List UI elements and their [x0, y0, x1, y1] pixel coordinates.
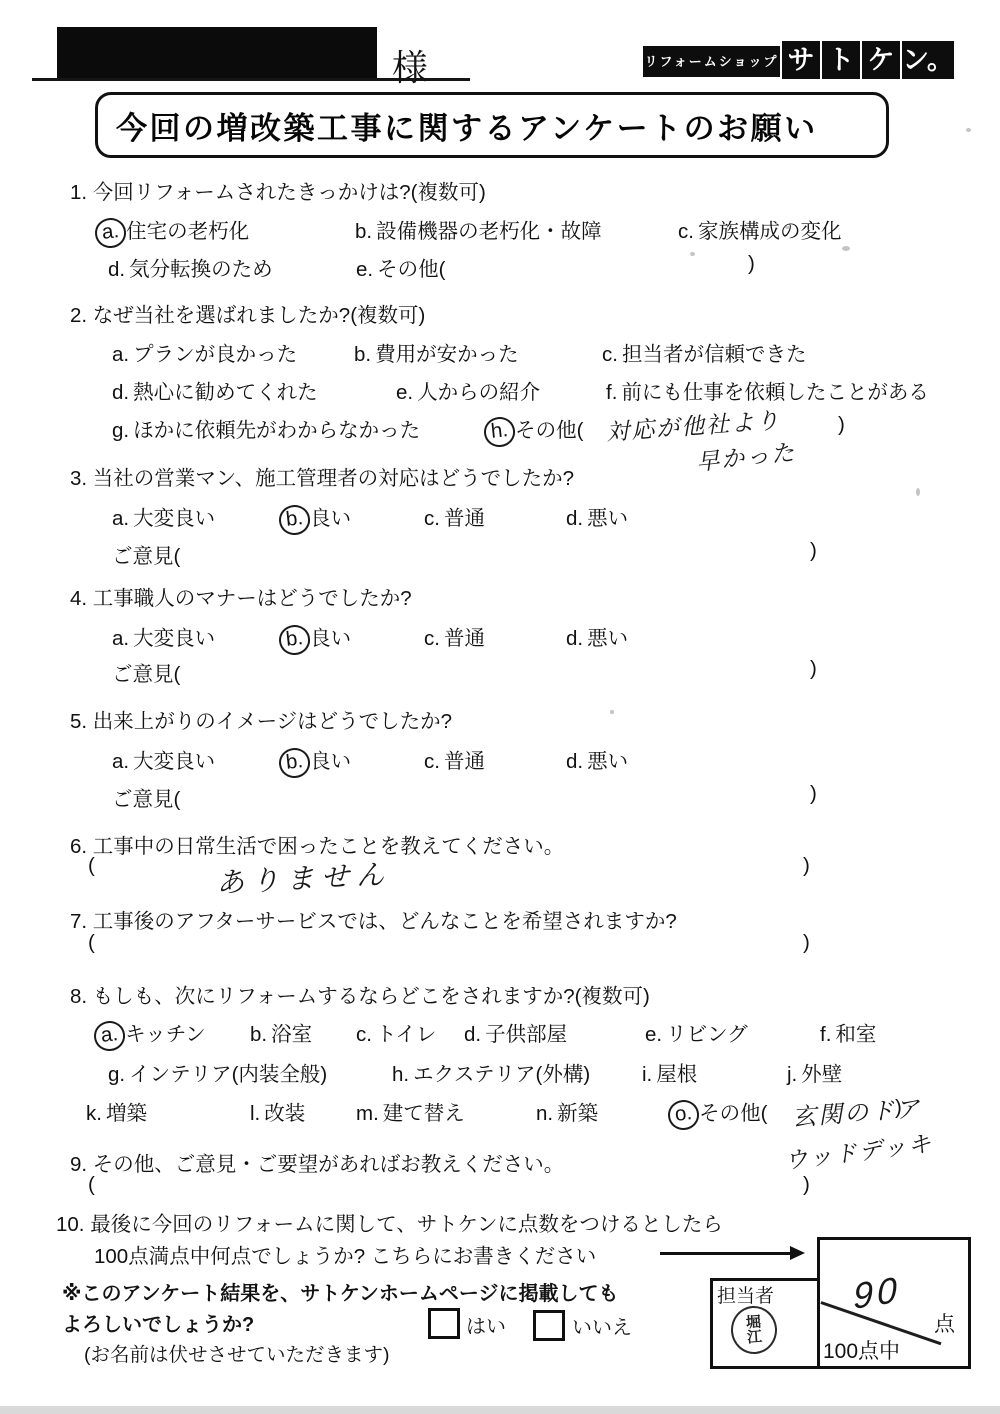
option-label: その他( [515, 419, 583, 442]
option-q1-b: b.設備機器の老朽化・故障 [355, 214, 602, 244]
option-label: 屋根 [656, 1063, 697, 1086]
option-letter: h. [392, 1063, 409, 1087]
option-label: トイレ [376, 1023, 436, 1046]
scan-speck [916, 488, 920, 496]
handwritten-circle-q3-b: b. [278, 503, 312, 536]
option-label: 建て替え [383, 1102, 465, 1125]
handwritten-circle-q8-a: a. [93, 1019, 127, 1052]
option-q8-b: b.浴室 [250, 1017, 312, 1047]
q2-options-row-1: a.プランが良かった b.費用が安かった c.担当者が信頼できた [0, 337, 1000, 367]
option-label: 良い [310, 627, 351, 650]
comment-field-q3: ご意見( [112, 539, 180, 569]
q3-comment-row: ご意見( ) [0, 539, 1000, 569]
option-letter: c. [424, 750, 440, 774]
q4-comment-row: ご意見( ) [0, 657, 1000, 687]
paren-open-q6: ( [88, 854, 95, 878]
option-label: 悪い [587, 750, 628, 773]
option-letter: a. [112, 627, 129, 651]
option-letter: a. [112, 750, 129, 774]
question-2-heading: 2. なぜ当社を選ばれましたか?(複数可) [70, 298, 425, 328]
option-q2-h: h.その他( [492, 413, 583, 447]
option-label: 増築 [106, 1102, 147, 1125]
q1-options-row-1: a.住宅の老朽化 b.設備機器の老朽化・故障 c.家族構成の変化 [0, 214, 1000, 244]
score-value-handwritten: 90 [853, 1268, 901, 1318]
scanned-survey-page: 様 リフォームショップ サ ト ケ ン。 今回の増改築工事に関するアンケートのお… [0, 0, 1000, 1414]
addressee-suffix: 様 [392, 40, 428, 91]
checkbox-yes [428, 1308, 460, 1339]
option-q5-a: a.大変良い [112, 744, 215, 774]
option-letter: c. [678, 220, 694, 244]
option-label: 良い [310, 507, 351, 530]
logo-brand-char: ケ [862, 41, 900, 79]
option-q5-b: b.良い [287, 744, 351, 778]
option-label: 担当者が信頼できた [622, 343, 807, 366]
option-letter: d. [566, 507, 583, 531]
name-underline [32, 78, 470, 81]
option-letter: d. [108, 258, 125, 282]
option-label: その他( [377, 258, 445, 281]
q2-options-row-2: d.熱心に勧めてくれた e.人からの紹介 f.前にも仕事を依頼したことがある [0, 375, 1000, 405]
option-q8-f: f.和室 [820, 1017, 876, 1047]
option-label: 普通 [444, 750, 485, 773]
option-letter: d. [464, 1023, 481, 1047]
option-q8-k: k.増築 [86, 1096, 147, 1126]
option-label: その他( [699, 1102, 767, 1125]
option-q3-d: d.悪い [566, 501, 628, 531]
option-letter: g. [112, 419, 129, 443]
option-q2-a: a.プランが良かった [112, 337, 297, 367]
option-q8-e: e.リビング [645, 1017, 748, 1047]
option-label: 人からの紹介 [417, 381, 540, 404]
scan-speck [690, 252, 695, 256]
option-q2-e: e.人からの紹介 [396, 375, 540, 405]
option-q8-l: l.改装 [250, 1096, 305, 1126]
option-label: プランが良かった [133, 343, 297, 366]
logo-brand-char: ト [822, 41, 860, 79]
redacted-customer-name [57, 27, 377, 80]
comment-field-q5: ご意見( [112, 782, 180, 812]
option-letter: f. [820, 1023, 831, 1047]
option-q4-b: b.良い [287, 621, 351, 655]
question-10-heading-line1: 10. 最後に今回のリフォームに関して、サトケンに点数をつけるとしたら [56, 1207, 723, 1237]
scan-speck [610, 710, 614, 714]
q3-options-row: a.大変良い b.良い c.普通 d.悪い [0, 501, 1000, 531]
question-3-heading: 3. 当社の営業マン、施工管理者の対応はどうでしたか? [70, 461, 574, 491]
q5-comment-row: ご意見( ) [0, 782, 1000, 812]
option-label: 新築 [557, 1102, 598, 1125]
option-label: 大変良い [133, 750, 215, 773]
score-outof-label: 100点中 [823, 1335, 900, 1365]
option-letter: c. [424, 507, 440, 531]
checkbox-no-label: いいえ [572, 1311, 632, 1340]
option-q8-o: o.その他( [676, 1096, 767, 1130]
paren-close-q6: ) [803, 854, 810, 878]
checkbox-no [533, 1310, 565, 1341]
option-q1-d: d.気分転換のため [108, 252, 273, 282]
option-letter: e. [396, 381, 413, 405]
option-label: 気分転換のため [129, 258, 273, 281]
option-letter: d. [566, 627, 583, 651]
logo-brand-block: サ ト ケ ン。 [782, 41, 954, 79]
option-letter: b. [250, 1023, 267, 1047]
q5-options-row: a.大変良い b.良い c.普通 d.悪い [0, 744, 1000, 774]
option-label: 家族構成の変化 [698, 220, 842, 243]
option-letter: e. [645, 1023, 662, 1047]
option-label: リビング [666, 1023, 748, 1046]
option-label: インテリア(内装全般) [129, 1063, 327, 1086]
option-q3-a: a.大変良い [112, 501, 215, 531]
option-letter: a. [112, 507, 129, 531]
anonymity-note: (お名前は伏せさせていただきます) [84, 1339, 390, 1367]
option-label: キッチン [125, 1023, 206, 1046]
comment-close-paren: ) [810, 782, 817, 806]
logo-brand-char: サ [782, 41, 820, 79]
handwritten-circle-q2-h: h. [483, 415, 517, 448]
option-q2-f: f.前にも仕事を依頼したことがある [606, 375, 929, 405]
option-label: 和室 [835, 1023, 876, 1046]
option-letter: c. [602, 343, 618, 367]
paren-open-q9: ( [88, 1173, 95, 1197]
option-q2-g: g.ほかに依頼先がわからなかった [112, 413, 420, 443]
scan-speck [785, 226, 791, 229]
option-letter: d. [112, 381, 129, 405]
option-label: 子供部屋 [485, 1023, 567, 1046]
scan-edge-shadow [0, 1406, 1000, 1414]
option-q3-c: c.普通 [424, 501, 485, 531]
paren-open-q7: ( [88, 931, 95, 955]
score-arrow-line [660, 1252, 792, 1255]
option-label: 住宅の老朽化 [126, 220, 249, 243]
q9-answer-row: ( ) [0, 1173, 1000, 1203]
option-q8-c: c.トイレ [356, 1017, 436, 1047]
option-q5-d: d.悪い [566, 744, 628, 774]
question-7-heading: 7. 工事後のアフターサービスでは、どんなことを希望されますか? [70, 904, 677, 934]
handwritten-note-q8-line2: ウッドデッキ [783, 1125, 935, 1176]
option-label: 設備機器の老朽化・故障 [376, 220, 602, 243]
option-letter: n. [536, 1102, 553, 1126]
scan-speck [966, 128, 971, 132]
option-label: 熱心に勧めてくれた [133, 381, 318, 404]
option-label: 費用が安かった [375, 343, 519, 366]
form-title: 今回の増改築工事に関するアンケートのお願い [98, 103, 818, 148]
option-letter: c. [424, 627, 440, 651]
option-letter: l. [250, 1102, 260, 1126]
staff-label: 担当者 [717, 1281, 774, 1308]
logo-shop-badge: リフォームショップ [643, 46, 780, 77]
score-arrow-head [790, 1246, 805, 1260]
handwritten-circle-q4-b: b. [278, 623, 312, 656]
option-q3-b: b.良い [287, 501, 351, 535]
comment-close-paren: ) [810, 657, 817, 681]
q7-answer-row: ( ) [0, 931, 1000, 961]
paren-close-q9: ) [803, 1173, 810, 1197]
option-label: 良い [310, 750, 351, 773]
q1-options-row-2: d.気分転換のため e.その他( ) [0, 252, 1000, 282]
option-label: 浴室 [271, 1023, 312, 1046]
question-4-heading: 4. 工事職人のマナーはどうでしたか? [70, 581, 412, 611]
q8-options-row-1: a.キッチン b.浴室 c.トイレ d.子供部屋 e.リビング f.和室 [0, 1017, 1000, 1047]
q4-options-row: a.大変良い b.良い c.普通 d.悪い [0, 621, 1000, 651]
checkbox-yes-label: はい [466, 1310, 506, 1339]
option-letter: e. [356, 258, 373, 282]
comment-close-paren: ) [810, 539, 817, 563]
q2-other-close-paren: ) [838, 413, 845, 437]
option-q4-c: c.普通 [424, 621, 485, 651]
option-q1-c: c.家族構成の変化 [678, 214, 841, 244]
handwritten-circle-q1-a: a. [94, 216, 128, 249]
option-q4-a: a.大変良い [112, 621, 215, 651]
option-q8-m: m.建て替え [356, 1096, 465, 1126]
question-5-heading: 5. 出来上がりのイメージはどうでしたか? [70, 704, 452, 734]
option-q4-d: d.悪い [566, 621, 628, 651]
score-unit-label: 点 [934, 1308, 955, 1338]
option-label: 悪い [587, 507, 628, 530]
option-q2-c: c.担当者が信頼できた [602, 337, 806, 367]
option-q1-e: e.その他( [356, 252, 445, 282]
option-letter: j. [787, 1063, 797, 1087]
option-letter: c. [356, 1023, 372, 1047]
option-label: 普通 [444, 627, 485, 650]
option-label: 普通 [444, 507, 485, 530]
option-letter: d. [566, 750, 583, 774]
option-label: エクステリア(外構) [413, 1063, 590, 1086]
option-label: 悪い [587, 627, 628, 650]
q1-other-close-paren: ) [748, 252, 755, 276]
question-10-heading-line2: 100点満点中何点でしょうか? こちらにお書きください [94, 1239, 596, 1269]
form-title-box: 今回の増改築工事に関するアンケートのお願い [95, 92, 889, 158]
option-label: 改装 [264, 1102, 305, 1125]
stamp-char-bottom: 江 [747, 1329, 763, 1345]
option-letter: g. [108, 1063, 125, 1087]
question-8-heading: 8. もしも、次にリフォームするならどこをされますか?(複数可) [70, 979, 650, 1009]
option-q8-n: n.新築 [536, 1096, 598, 1126]
option-label: ほかに依頼先がわからなかった [133, 419, 420, 442]
option-letter: i. [642, 1063, 652, 1087]
option-q2-b: b.費用が安かった [354, 337, 519, 367]
option-letter: f. [606, 381, 617, 405]
comment-field-q4: ご意見( [112, 657, 180, 687]
scan-speck [842, 246, 850, 251]
handwritten-circle-q8-o: o. [667, 1098, 701, 1131]
option-letter: a. [112, 343, 129, 367]
option-letter: m. [356, 1102, 379, 1126]
option-q5-c: c.普通 [424, 744, 485, 774]
option-q8-a: a.キッチン [102, 1017, 206, 1051]
publish-question-line2: よろしいでしょうか? [62, 1308, 254, 1337]
q6-answer-row: ( ) [0, 854, 1000, 884]
q8-options-row-2: g.インテリア(内装全般) h.エクステリア(外構) i.屋根 j.外壁 [0, 1057, 1000, 1087]
question-1-heading: 1. 今回リフォームされたきっかけは?(複数可) [70, 175, 486, 205]
option-letter: b. [354, 343, 371, 367]
paren-close-q7: ) [803, 931, 810, 955]
q2-options-row-3: g.ほかに依頼先がわからなかった h.その他( ) [0, 413, 1000, 443]
option-q8-i: i.屋根 [642, 1057, 697, 1087]
option-label: 外壁 [801, 1063, 842, 1086]
option-label: 大変良い [133, 507, 215, 530]
option-label: 大変良い [133, 627, 215, 650]
handwritten-answer-q6: ありません [215, 852, 392, 901]
option-q8-g: g.インテリア(内装全般) [108, 1057, 327, 1087]
option-q1-a: a.住宅の老朽化 [103, 214, 249, 248]
option-letter: k. [86, 1102, 102, 1126]
publish-question-line1: ※このアンケート結果を、サトケンホームページに掲載しても [62, 1277, 618, 1306]
option-q8-d: d.子供部屋 [464, 1017, 567, 1047]
logo-brand-char: ン。 [902, 41, 954, 79]
option-q2-d: d.熱心に勧めてくれた [112, 375, 318, 405]
handwritten-circle-q5-b: b. [278, 746, 312, 779]
option-letter: b. [355, 220, 372, 244]
option-q8-h: h.エクステリア(外構) [392, 1057, 590, 1087]
option-label: 前にも仕事を依頼したことがある [621, 381, 929, 404]
option-q8-j: j.外壁 [787, 1057, 842, 1087]
